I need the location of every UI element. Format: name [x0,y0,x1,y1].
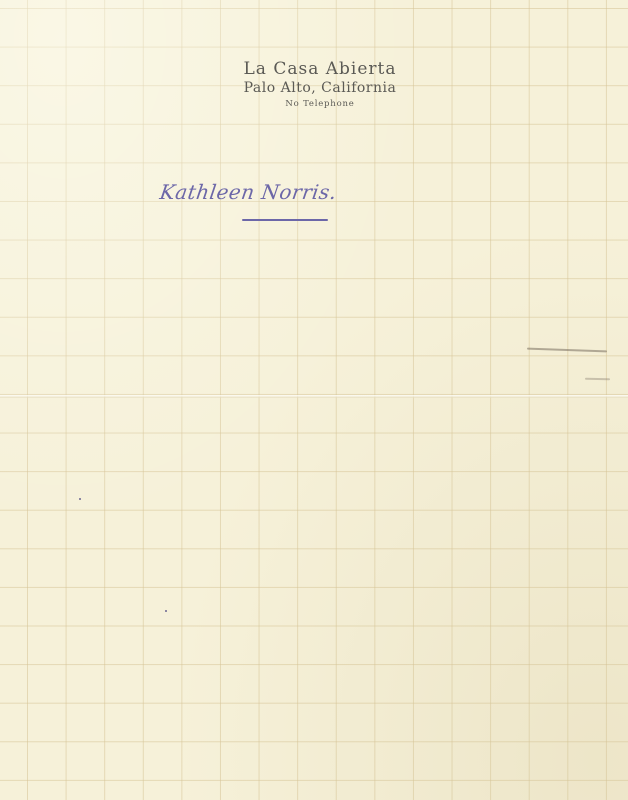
letterhead-name: La Casa Abierta [200,58,440,80]
letterhead-phone: No Telephone [200,97,440,111]
letterhead: La Casa Abierta Palo Alto, California No… [200,58,440,111]
graph-paper-sheet [0,0,628,800]
paper-crease-mark [585,378,610,380]
ink-speck [79,498,81,500]
ink-speck [165,610,167,612]
paper-fold-line [0,395,628,398]
signature-underline [242,219,328,221]
handwritten-signature: Kathleen Norris. [158,180,338,204]
letterhead-city: Palo Alto, California [200,80,440,96]
